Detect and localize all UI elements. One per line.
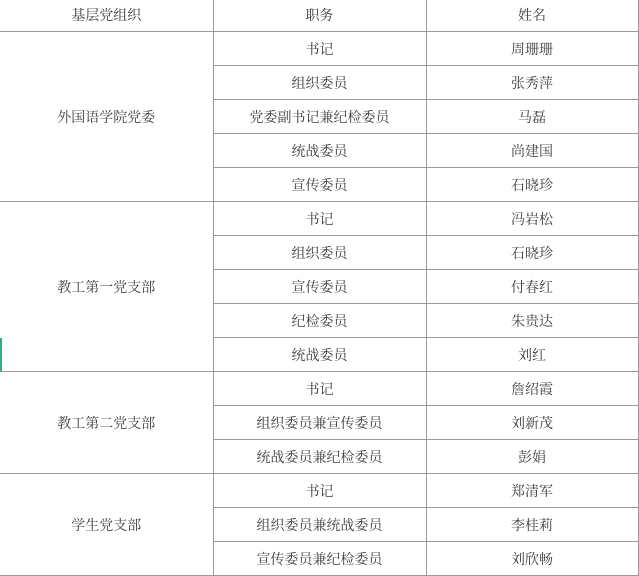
name-cell: 李桂莉 (426, 508, 638, 542)
position-cell: 宣传委员兼纪检委员 (213, 542, 426, 576)
position-cell: 书记 (213, 474, 426, 508)
name-cell: 石晓珍 (426, 168, 638, 202)
position-cell: 宣传委员 (213, 270, 426, 304)
position-cell: 党委副书记兼纪检委员 (213, 100, 426, 134)
name-cell: 郑清军 (426, 474, 638, 508)
position-cell: 组织委员兼宣传委员 (213, 406, 426, 440)
header-organization: 基层党组织 (0, 0, 213, 32)
party-organization-table: 基层党组织 职务 姓名 外国语学院党委 书记 周珊珊 组织委员 张秀萍 党委副书… (0, 0, 639, 576)
table-header-row: 基层党组织 职务 姓名 (0, 0, 638, 32)
position-cell: 组织委员 (213, 66, 426, 100)
name-cell: 朱贵达 (426, 304, 638, 338)
header-position: 职务 (213, 0, 426, 32)
name-cell: 张秀萍 (426, 66, 638, 100)
table-row: 教工第一党支部 书记 冯岩松 (0, 202, 638, 236)
position-cell: 组织委员兼统战委员 (213, 508, 426, 542)
position-cell: 统战委员兼纪检委员 (213, 440, 426, 474)
position-cell: 组织委员 (213, 236, 426, 270)
position-cell: 书记 (213, 32, 426, 66)
position-cell: 统战委员 (213, 134, 426, 168)
position-cell: 统战委员 (213, 338, 426, 372)
position-cell: 纪检委员 (213, 304, 426, 338)
name-cell: 尚建国 (426, 134, 638, 168)
name-cell: 周珊珊 (426, 32, 638, 66)
organization-cell: 外国语学院党委 (0, 32, 213, 202)
name-cell: 刘新茂 (426, 406, 638, 440)
table-row: 学生党支部 书记 郑清军 (0, 474, 638, 508)
name-cell: 詹绍霞 (426, 372, 638, 406)
position-cell: 书记 (213, 202, 426, 236)
position-cell: 书记 (213, 372, 426, 406)
name-cell: 马磊 (426, 100, 638, 134)
name-cell: 刘红 (426, 338, 638, 372)
header-name: 姓名 (426, 0, 638, 32)
organization-cell: 教工第一党支部 (0, 202, 213, 372)
name-cell: 付春红 (426, 270, 638, 304)
name-cell: 刘欣畅 (426, 542, 638, 576)
name-cell: 石晓珍 (426, 236, 638, 270)
name-cell: 彭娟 (426, 440, 638, 474)
table-row: 教工第二党支部 书记 詹绍霞 (0, 372, 638, 406)
table-row: 外国语学院党委 书记 周珊珊 (0, 32, 638, 66)
organization-cell: 学生党支部 (0, 474, 213, 576)
name-cell: 冯岩松 (426, 202, 638, 236)
organization-cell: 教工第二党支部 (0, 372, 213, 474)
position-cell: 宣传委员 (213, 168, 426, 202)
